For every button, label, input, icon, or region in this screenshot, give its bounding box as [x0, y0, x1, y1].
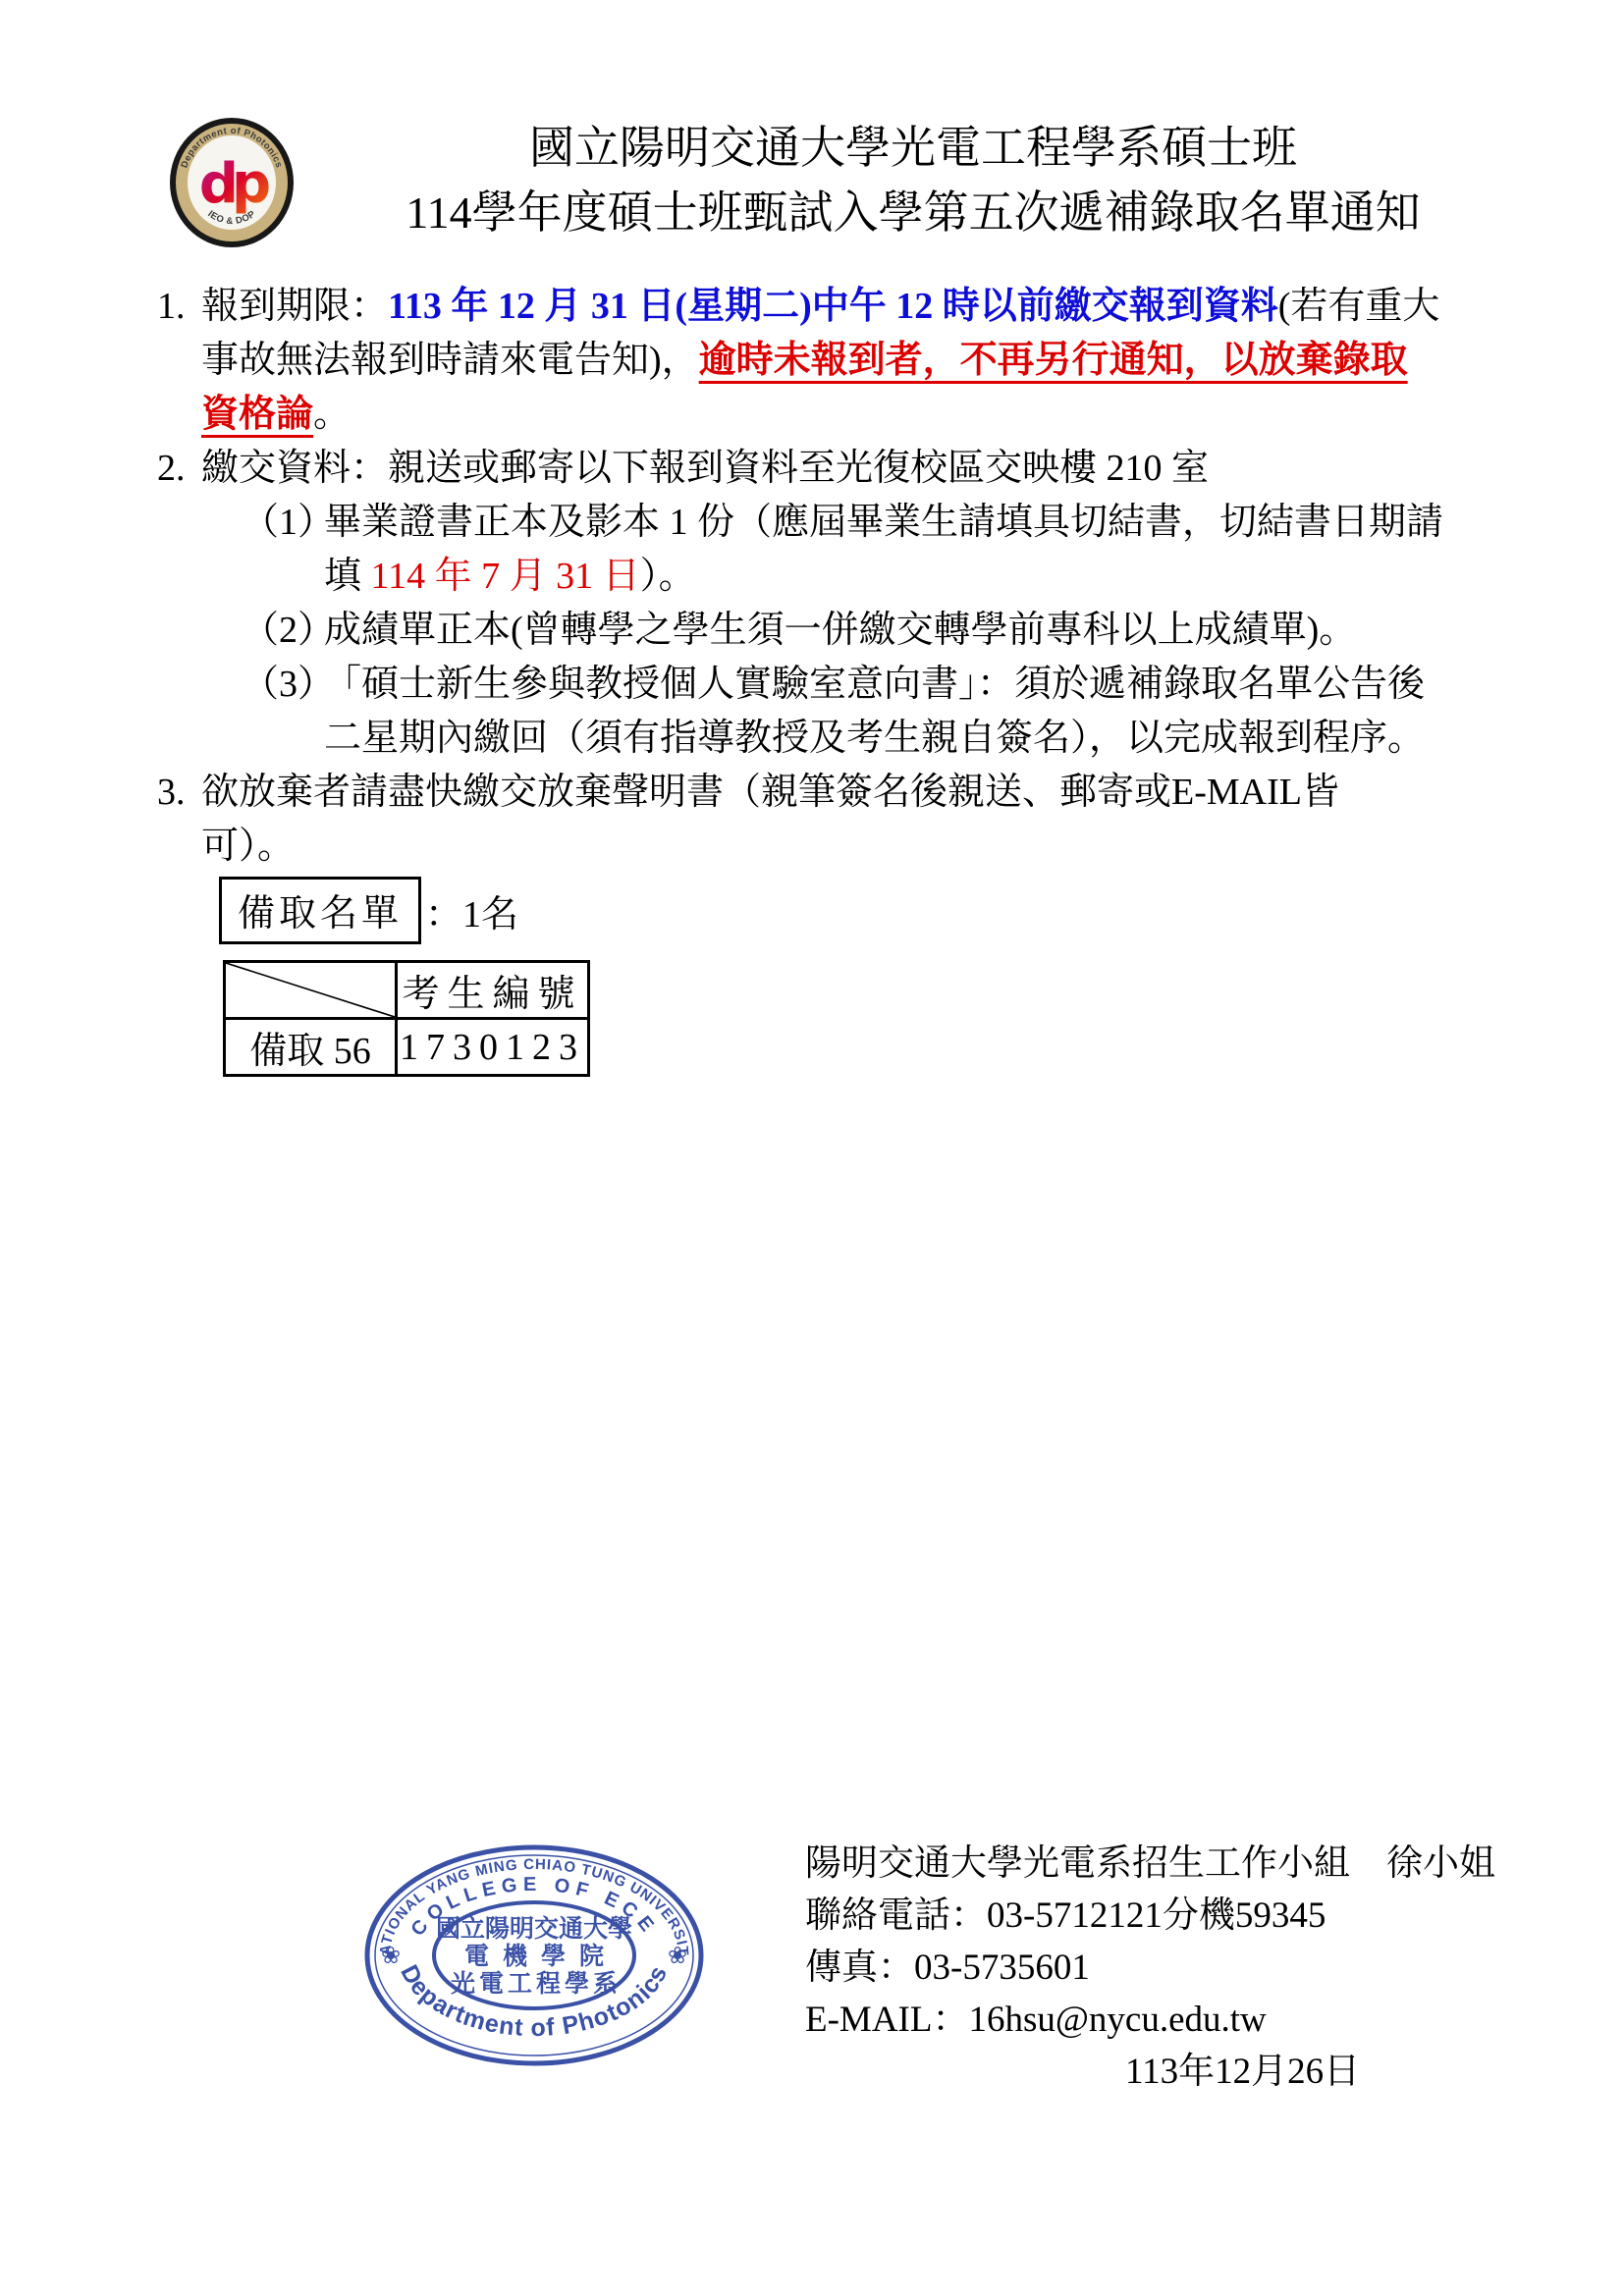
- item1-tail: (若有重大: [1278, 286, 1440, 327]
- contact-group-line: 陽明交通大學光電系招生工作小組 徐小姐: [805, 1838, 1495, 1890]
- sub2-text: 成績單正本(曾轉學之學生須一併繳交轉學前專科以上成績單)。: [324, 610, 1356, 651]
- item3-line2: 可）。: [157, 820, 1532, 874]
- item2-number: 2.: [157, 442, 201, 496]
- sub1-cont-post: ）。: [640, 556, 696, 597]
- department-stamp: NATIONAL YANG MING CHIAO TUNG UNIVERSITY…: [361, 1842, 707, 2069]
- title-line-2: 114學年度碩士班甄試入學第五次遞補錄取名單通知: [245, 181, 1581, 245]
- sub3-number: （3）: [242, 658, 324, 712]
- item1-period: 。: [313, 394, 351, 435]
- item1-deadline-blue: 113 年 12 月 31 日(星期二)中午 12 時以前繳交報到資料: [388, 286, 1278, 327]
- waitlist-rank-cell: 備取 56: [225, 1019, 397, 1076]
- notice-body: 1.報到期限：113 年 12 月 31 日(星期二)中午 12 時以前繳交報到…: [157, 280, 1532, 874]
- waitlist-count: ：1名: [425, 883, 518, 937]
- stamp-icon: NATIONAL YANG MING CHIAO TUNG UNIVERSITY…: [361, 1842, 707, 2069]
- contact-phone-line: 聯絡電話：03-5712121分機59345: [805, 1890, 1495, 1942]
- item2-sub1-line2: 填 114 年 7 月 31 日）。: [157, 550, 1532, 604]
- document-page: Department of Photonics IEO & DOP dp 國立陽…: [0, 0, 1624, 2296]
- sub3-text: 「碩士新生參與教授個人實驗室意向書」：須於遞補錄取名單公告後: [324, 664, 1425, 705]
- table-header-empty-cell: [225, 962, 397, 1019]
- diagonal-line-icon: [226, 963, 395, 1017]
- item3-number: 3.: [157, 766, 201, 820]
- title-line-1: 國立陽明交通大學光電工程學系碩士班: [245, 116, 1581, 181]
- stamp-university-name: 國立陽明交通大學: [436, 1915, 632, 1943]
- item2-line1: 2.繳交資料：親送或郵寄以下報到資料至光復校區交映樓 210 室: [157, 442, 1532, 496]
- applicant-number-cell: 1730123: [397, 1019, 589, 1076]
- item1-line3: 資格論。: [157, 388, 1532, 442]
- item3-text: 欲放棄者請盡快繳交放棄聲明書（親筆簽名後親送、郵寄或E-MAIL皆: [201, 772, 1339, 813]
- item1-line1: 1.報到期限：113 年 12 月 31 日(星期二)中午 12 時以前繳交報到…: [157, 280, 1532, 334]
- contact-email-line: E-MAIL：16hsu@nycu.edu.tw: [805, 1994, 1495, 2046]
- item2-sub1-line1: （1）畢業證書正本及影本 1 份（應屆畢業生請填具切結書，切結書日期請: [157, 496, 1532, 550]
- item2-sub3-line2: 二星期內繳回（須有指導教授及考生親自簽名），以完成報到程序。: [157, 712, 1532, 766]
- stamp-flower-right-icon: ❀: [668, 1944, 687, 1969]
- waitlist-table: 考生編號 備取 56 1730123: [223, 960, 590, 1077]
- item1-number: 1.: [157, 280, 201, 334]
- stamp-flower-left-icon: ❀: [381, 1944, 401, 1969]
- sub2-number: （2）: [242, 604, 324, 658]
- document-date: 113年12月26日: [805, 2046, 1495, 2098]
- item1-line2: 事故無法報到時請來電告知)，逾時未報到者，不再另行通知，以放棄錄取: [157, 334, 1532, 388]
- sub1-text: 畢業證書正本及影本 1 份（應屆畢業生請填具切結書，切結書日期請: [324, 502, 1443, 543]
- item3-cont: 可）。: [201, 826, 295, 867]
- applicant-number-header: 考生編號: [397, 962, 589, 1019]
- waitlist-label-box: 備取名單: [219, 877, 421, 944]
- stamp-college-name: 電機學院: [464, 1943, 618, 1970]
- item1-warning-red: 逾時未報到者，不再另行通知，以放棄錄取: [699, 340, 1408, 381]
- sub1-number: （1）: [242, 496, 324, 550]
- item3-line1: 3.欲放棄者請盡快繳交放棄聲明書（親筆簽名後親送、郵寄或E-MAIL皆: [157, 766, 1532, 820]
- document-header: 國立陽明交通大學光電工程學系碩士班 114學年度碩士班甄試入學第五次遞補錄取名單…: [245, 116, 1581, 245]
- sub1-date-red: 114 年 7 月 31 日: [371, 556, 640, 597]
- item2-sub2-line: （2）成績單正本(曾轉學之學生須一併繳交轉學前專科以上成績單)。: [157, 604, 1532, 658]
- table-header-row: 考生編號: [225, 962, 589, 1019]
- item2-text: 繳交資料：親送或郵寄以下報到資料至光復校區交映樓 210 室: [201, 448, 1209, 489]
- contact-fax-line: 傳真：03-5735601: [805, 1942, 1495, 1994]
- item1-line2-black: 事故無法報到時請來電告知)，: [201, 340, 699, 381]
- waitlist-label-row: 備取名單 ：1名: [219, 877, 518, 944]
- table-data-row: 備取 56 1730123: [225, 1019, 589, 1076]
- stamp-department-name: 光電工程學系: [451, 1970, 622, 1998]
- sub3-cont: 二星期內繳回（須有指導教授及考生親自簽名），以完成報到程序。: [324, 718, 1425, 759]
- contact-block: 陽明交通大學光電系招生工作小組 徐小姐 聯絡電話：03-5712121分機593…: [805, 1838, 1495, 2098]
- item1-lead: 報到期限：: [201, 286, 388, 327]
- item2-sub3-line1: （3）「碩士新生參與教授個人實驗室意向書」：須於遞補錄取名單公告後: [157, 658, 1532, 712]
- item1-warning-red-cont: 資格論: [201, 394, 313, 435]
- sub1-cont-pre: 填: [324, 556, 371, 597]
